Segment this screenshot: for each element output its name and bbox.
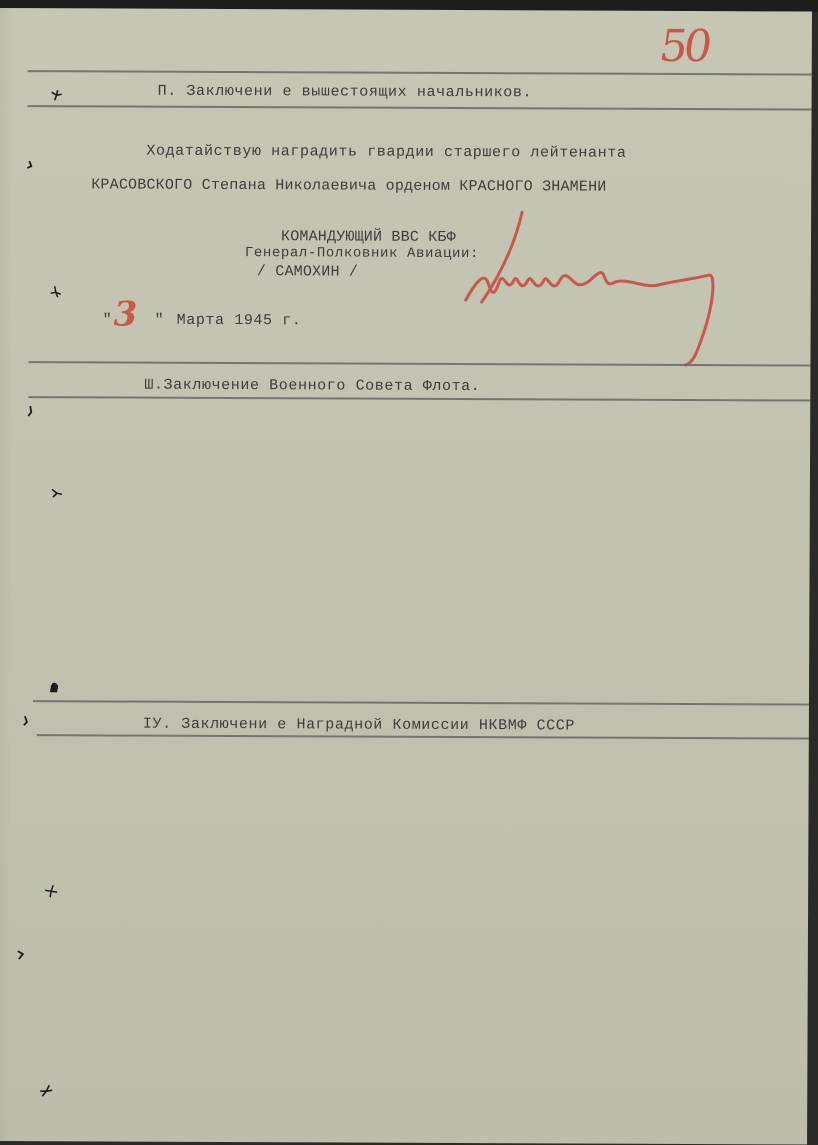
date-open-quote: "	[103, 311, 113, 328]
binding-hole-icon	[49, 285, 63, 299]
binding-hole-icon	[14, 948, 28, 962]
binding-hole-icon	[47, 680, 61, 694]
signatory-title: КОМАНДУЮЩИЙ ВВС КБФ	[281, 228, 456, 246]
signatory-rank: Генерал-Полковник Авиации:	[245, 245, 479, 262]
signatory-name: / САМОХИН /	[257, 263, 358, 280]
recommendation-line-1: Ходатайствую наградить гвардии старшего …	[146, 143, 626, 162]
section-4-heading: IУ. Заключени е Наградной Комиссии НКВМФ…	[143, 716, 575, 735]
section-3-heading: Ш.Заключение Военного Совета Флота.	[144, 377, 480, 395]
signature-mark	[453, 202, 724, 373]
binding-hole-icon	[50, 486, 64, 500]
recommendation-line-2: КРАСОВСКОГО Степана Николаевича орденом …	[91, 176, 606, 195]
date-close-quote: "	[155, 312, 165, 329]
binding-hole-icon	[23, 158, 37, 172]
binding-hole-icon	[22, 404, 36, 418]
rule-section-3-bottom	[28, 396, 810, 401]
binding-hole-icon	[39, 1084, 53, 1098]
section-2-heading: П. Заключени е вышестоящих начальников.	[158, 83, 533, 102]
date-month-year: Марта 1945 г.	[177, 312, 302, 330]
rule-section-4-bottom	[37, 734, 809, 739]
page-number: 50	[656, 21, 711, 72]
binding-hole-icon	[44, 884, 58, 898]
date-day-handwritten: 3	[114, 294, 138, 334]
binding-hole-icon	[19, 714, 33, 728]
document-page: 50 П. Заключени е вышестоящих начальнико…	[0, 8, 812, 1141]
binding-hole-icon	[50, 88, 64, 102]
rule-section-2-bottom	[28, 105, 812, 110]
rule-section-4-top	[33, 700, 809, 705]
